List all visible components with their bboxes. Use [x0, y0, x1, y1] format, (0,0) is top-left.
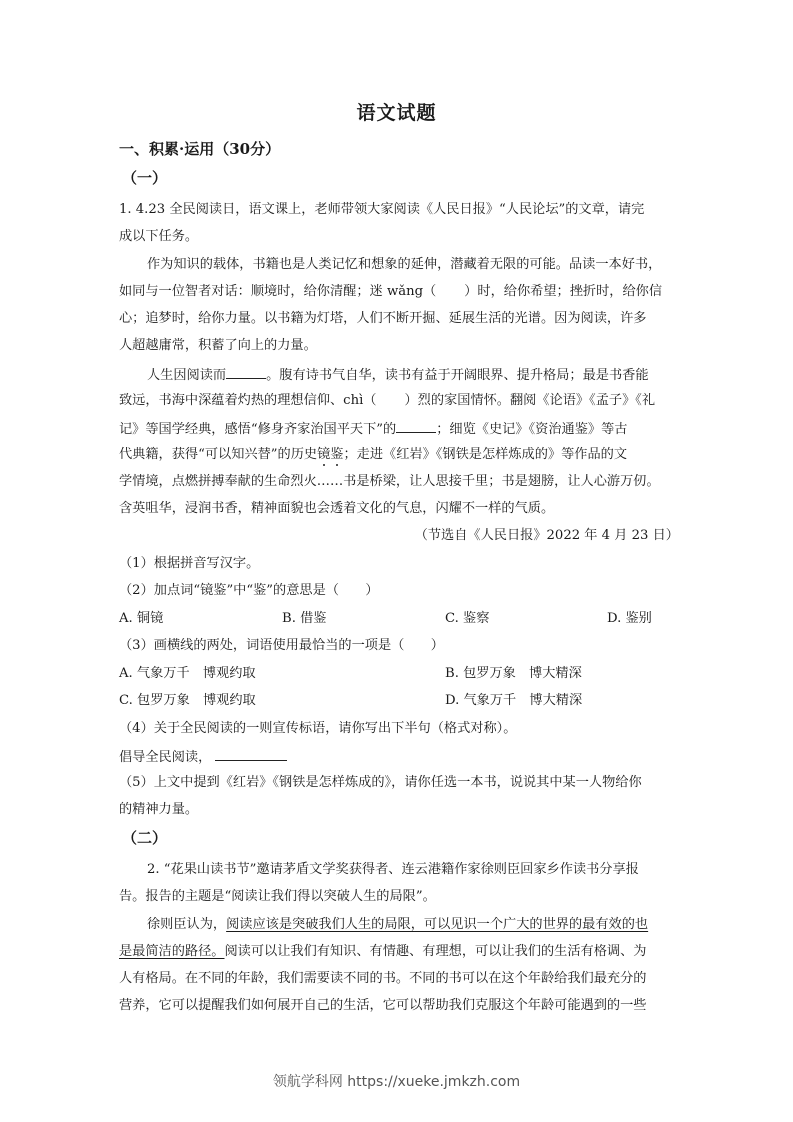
underlined-sentence: 阅读应该是突破我们人生的局限，可以见识一个广大的世界的最有效的也: [226, 917, 648, 932]
passage-p2-line6: 含英咀华，浸润书香，精神面貌也会透着文化的气息，闪耀不一样的气质。: [119, 499, 679, 519]
sub-question-1: （1）根据拼音写汉字。: [119, 554, 679, 574]
passage-p2-line4: 代典籍，获得“可以知兴替”的历史镜鉴；走进《红岩》《钢铁是怎样炼成的》等作品的文: [119, 445, 679, 465]
fill-blank-2[interactable]: [396, 418, 436, 433]
option-3d[interactable]: D. 气象万千 博大精深: [445, 691, 582, 711]
sub-question-3: （3）画横线的两处，词语使用最恰当的一项是（ ）: [119, 636, 679, 656]
passage-text: 如同与一位智者对话：顺境时，给你清醒；迷 wǎng（: [119, 284, 436, 299]
passage-text: ）烈的家国情怀。翻阅《论语》《孟子》《礼: [404, 393, 655, 408]
slogan-first-half: 倡导全民阅读，: [119, 750, 211, 765]
passage-text: 阅读可以让我们有知识、有情趣、有理想，可以让我们的生活有格调、为: [225, 944, 647, 959]
passage-p1-line4: 人超越庸常，积蓄了向上的力量。: [119, 336, 679, 356]
exam-page: 语文试题 一、积累·运用（30分） （一） 1. 4.23 全民阅读日，语文课上…: [0, 0, 793, 1122]
dotted-char: 镜: [317, 447, 330, 462]
sub-question-5-line1: （5）上文中提到《红岩》《钢铁是怎样炼成的》，请你任选一本书，说说其中某一人物给…: [119, 773, 679, 793]
passage-text: ；走进《红岩》《钢铁是怎样炼成的》等作品的文: [343, 447, 627, 462]
q2-passage-line3: 人有格局。在不同的年龄，我们需要读不同的书。不同的书可以在这个年龄给我们最充分的: [119, 969, 679, 989]
q2-intro-line1: 2. “花果山读书节”邀请茅盾文学奖获得者、连云港籍作家徐则臣回家乡作读书分享报: [147, 860, 707, 880]
passage-p1-line3: 心；追梦时，给你力量。以书籍为灯塔，人们不断开掘、延展生活的光谱。因为阅读，许多: [119, 309, 679, 329]
q2-passage-line2: 是最简洁的路径。阅读可以让我们有知识、有情趣、有理想，可以让我们的生活有格调、为: [119, 942, 679, 962]
passage-text: 人生因阅读而: [147, 368, 226, 383]
passage-p2-line1: 人生因阅读而。腹有诗书气自华，读书有益于开阔眼界、提升格局；最是书香能: [147, 364, 707, 386]
option-3a[interactable]: A. 气象万千 博观约取: [119, 664, 256, 684]
q2-passage-line4: 营养，它可以提醒我们如何展开自己的生活，它可以帮助我们克服这个年龄可能遇到的一些: [119, 996, 679, 1016]
option-3b[interactable]: B. 包罗万象 博大精深: [445, 664, 582, 684]
page-title: 语文试题: [0, 98, 793, 125]
passage-p1-line1: 作为知识的载体，书籍也是人类记忆和想象的延伸，潜藏着无限的可能。品读一本好书，: [147, 255, 707, 275]
passage-text: 代典籍，获得“可以知兴替”的历史: [119, 447, 317, 462]
passage-p2-line3: 记》等国学经典，感悟“修身齐家治国平天下”的；细览《史记》《资治通鉴》等古: [119, 418, 679, 440]
option-2b[interactable]: B. 借鉴: [282, 609, 326, 629]
passage-text: 。腹有诗书气自华，读书有益于开阔眼界、提升格局；最是书香能: [266, 368, 648, 383]
fill-blank-1[interactable]: [226, 364, 266, 379]
slogan-answer-blank[interactable]: [215, 746, 287, 761]
section-heading: 一、积累·运用（30分）: [119, 139, 679, 159]
passage-text: ；细览《史记》《资治通鉴》等古: [436, 422, 627, 437]
passage-p1-line2: 如同与一位智者对话：顺境时，给你清醒；迷 wǎng（）时，给你希望；挫折时，给你…: [119, 282, 679, 302]
q1-intro-line1: 1. 4.23 全民阅读日，语文课上，老师带领大家阅读《人民日报》“人民论坛”的…: [119, 200, 679, 220]
option-2d[interactable]: D. 鉴别: [607, 609, 652, 629]
option-2a[interactable]: A. 铜镜: [119, 609, 163, 629]
slogan-prompt: 倡导全民阅读，: [119, 746, 679, 768]
underlined-sentence: 是最简洁的路径。: [119, 944, 225, 959]
passage-p2-line5: 学情境，点燃拼搏奉献的生命烈火……书是桥梁，让人思接千里；书是翅膀，让人心游万仞…: [119, 472, 679, 492]
sub-question-5-line2: 的精神力量。: [119, 800, 679, 820]
sub-question-4: （4）关于全民阅读的一则宣传标语，请你写出下半句（格式对称）。: [119, 719, 679, 739]
watermark-footer: 领航学科网 https://xueke.jmkzh.com: [0, 1071, 793, 1091]
q2-passage-line1: 徐则臣认为，阅读应该是突破我们人生的局限，可以见识一个广大的世界的最有效的也: [147, 915, 707, 935]
part-label-2: （二）: [122, 828, 682, 848]
part-label-1: （一）: [122, 168, 682, 188]
option-2c[interactable]: C. 鉴察: [445, 609, 489, 629]
passage-text: 记》等国学经典，感悟“修身齐家治国平天下”的: [119, 422, 396, 437]
option-3c[interactable]: C. 包罗万象 博观约取: [119, 691, 256, 711]
q1-intro-line2: 成以下任务。: [119, 227, 679, 247]
q2-intro-line2: 告。报告的主题是“阅读让我们得以突破人生的局限”。: [119, 887, 679, 907]
passage-text: ）时，给你希望；挫折时，给你信: [464, 284, 662, 299]
passage-text: 致远，书海中深蕴着灼热的理想信仰、chì（: [119, 393, 376, 408]
dotted-char: 鉴: [330, 447, 343, 462]
passage-source: （节选自《人民日报》2022 年 4 月 23 日）: [119, 526, 679, 546]
passage-text: 徐则臣认为，: [147, 917, 226, 932]
sub-question-2: （2）加点词“镜鉴”中“鉴”的意思是（ ）: [119, 581, 679, 601]
passage-p2-line2: 致远，书海中深蕴着灼热的理想信仰、chì（）烈的家国情怀。翻阅《论语》《孟子》《…: [119, 391, 679, 411]
